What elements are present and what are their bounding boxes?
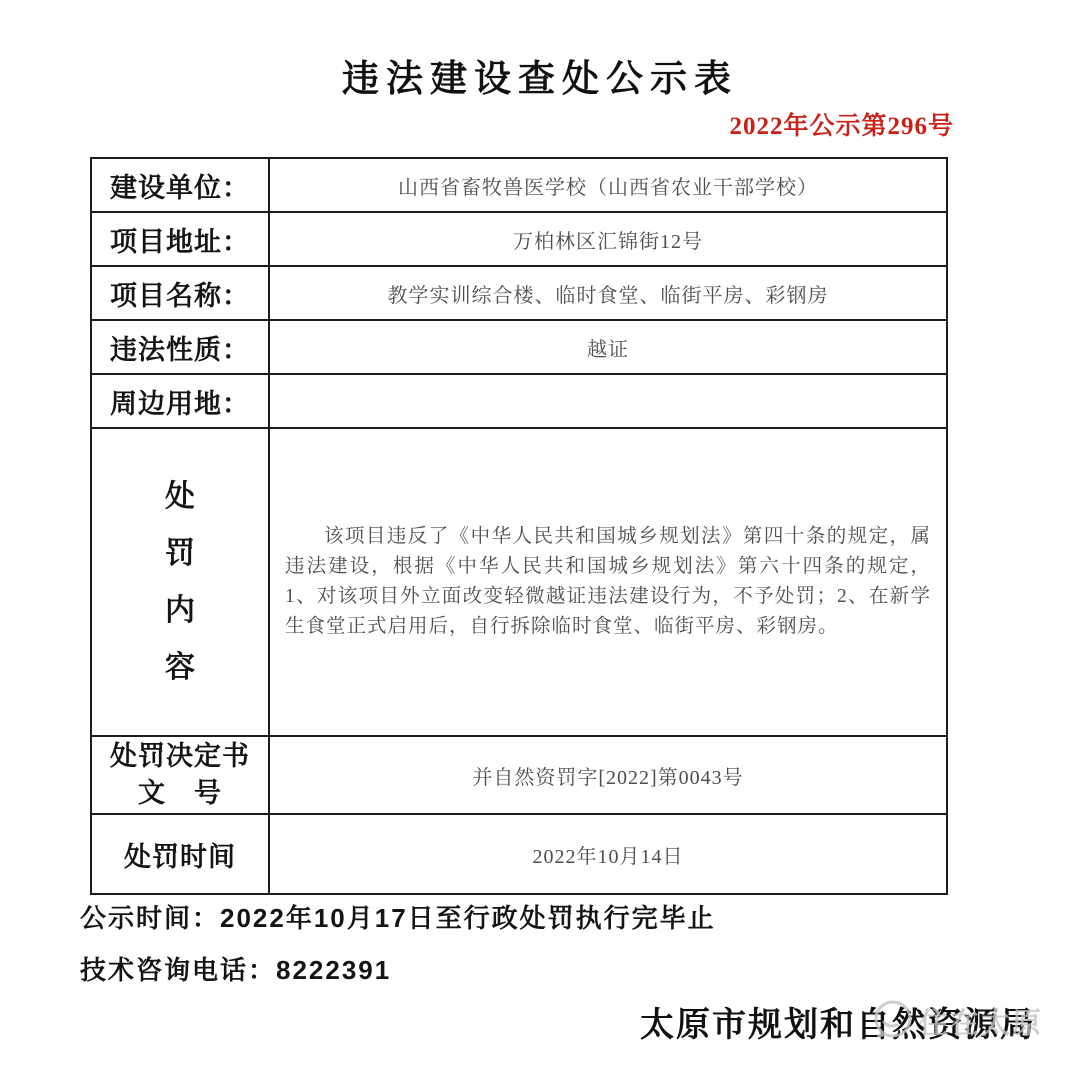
row-value: 越证 [270,321,946,373]
row-label: 建设单位： [92,159,270,211]
table-row-project-address: 项目地址： 万柏林区汇锦街12号 [92,211,946,265]
table-row-surrounding-land: 周边用地： [92,373,946,427]
row-label-vertical: 处 罚 内 容 [92,429,270,735]
table-row-construction-unit: 建设单位： 山西省畜牧兽医学校（山西省农业干部学校） [92,159,946,211]
table-row-penalty-content: 处 罚 内 容 该项目违反了《中华人民共和国城乡规划法》第四十条的规定，属违法建… [92,427,946,735]
table-row-decision-doc-number: 处罚决定书 文 号 并自然资罚字[2022]第0043号 [92,735,946,813]
row-label: 处罚时间 [92,815,270,893]
row-label: 处罚决定书 文 号 [92,737,270,813]
row-label: 项目地址： [92,213,270,265]
doc-number: 2022年公示第296号 [729,106,954,142]
penalty-content-cell: 该项目违反了《中华人民共和国城乡规划法》第四十条的规定，属违法建设，根据《中华人… [270,429,946,735]
penalty-content-text: 该项目违反了《中华人民共和国城乡规划法》第四十条的规定，属违法建设，根据《中华人… [270,522,946,642]
watermark-logo-icon [872,998,914,1045]
table-row-penalty-date: 处罚时间 2022年10月14日 [92,813,946,893]
table-row-project-name: 项目名称： 教学实训综合楼、临时食堂、临街平房、彩钢房 [92,265,946,319]
page-title: 违法建设查处公示表 [0,48,1080,102]
row-value: 并自然资罚字[2022]第0043号 [270,737,946,813]
row-label: 项目名称： [92,267,270,319]
table-row-violation-nature: 违法性质： 越证 [92,319,946,373]
row-value [270,375,946,427]
row-value: 2022年10月14日 [270,815,946,893]
row-value: 山西省畜牧兽医学校（山西省农业干部学校） [270,159,946,211]
row-label: 周边用地： [92,375,270,427]
watermark: 住在太原 [872,998,1043,1045]
row-value: 教学实训综合楼、临时食堂、临街平房、彩钢房 [270,267,946,319]
row-value: 万柏林区汇锦街12号 [270,213,946,265]
phone-line: 技术咨询电话：8222391 [80,950,391,987]
notice-table: 建设单位： 山西省畜牧兽医学校（山西省农业干部学校） 项目地址： 万柏林区汇锦街… [90,157,948,895]
row-label: 违法性质： [92,321,270,373]
publicity-period-line: 公示时间：2022年10月17日至行政处罚执行完毕止 [80,898,716,935]
notice-page: 违法建设查处公示表 2022年公示第296号 建设单位： 山西省畜牧兽医学校（山… [0,0,1080,1080]
watermark-text: 住在太原 [919,1001,1043,1042]
